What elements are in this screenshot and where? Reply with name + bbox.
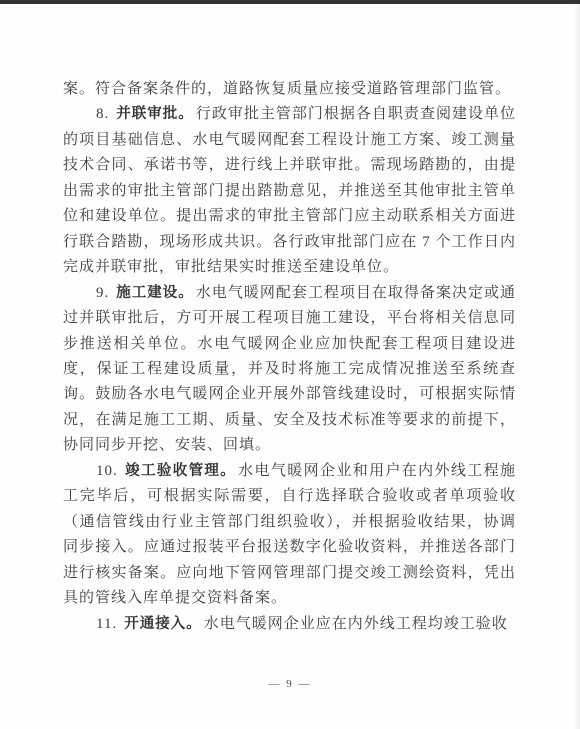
item-title: 施工建设。	[116, 285, 194, 301]
paragraph-item-10: 10.竣工验收管理。水电气暖网企业和用户在内外线工程施工完毕后，可根据实际需要，…	[63, 459, 516, 612]
item-body-text: 水电气暖网企业应在内外线工程均竣工验收	[204, 616, 508, 632]
item-title: 开通接入。	[124, 616, 202, 632]
item-body-text: 水电气暖网配套工程项目在取得备案决定或通过并联审批后，方可开展工程项目施工建设，…	[63, 285, 516, 454]
document-body: 案。符合备案条件的，道路恢复质量应接受道路管理部门监管。 8.并联审批。行政审批…	[63, 77, 516, 637]
paragraph-item-11: 11.开通接入。水电气暖网企业应在内外线工程均竣工验收	[63, 612, 516, 637]
item-number: 8.	[96, 106, 109, 122]
item-number: 9.	[96, 285, 109, 301]
paragraph-continuation: 案。符合备案条件的，道路恢复质量应接受道路管理部门监管。	[63, 77, 516, 102]
paragraph-item-9: 9.施工建设。水电气暖网配套工程项目在取得备案决定或通过并联审批后，方可开展工程…	[63, 281, 516, 459]
item-body-text: 水电气暖网企业和用户在内外线工程施工完毕后，可根据实际需要，自行选择联合验收或者…	[63, 463, 516, 606]
page-edge-shadow	[574, 0, 580, 729]
item-title: 竣工验收管理。	[125, 463, 236, 479]
item-number: 10.	[96, 463, 118, 479]
item-body-text: 行政审批主管部门根据各自职责查阅建设单位的项目基础信息、水电气暖网配套工程设计施…	[63, 106, 516, 275]
paragraph-item-8: 8.并联审批。行政审批主管部门根据各自职责查阅建设单位的项目基础信息、水电气暖网…	[63, 102, 516, 280]
page-number: — 9 —	[0, 678, 580, 690]
top-edge-bar	[0, 0, 580, 4]
item-number: 11.	[96, 616, 117, 632]
item-title: 并联审批。	[116, 106, 194, 122]
